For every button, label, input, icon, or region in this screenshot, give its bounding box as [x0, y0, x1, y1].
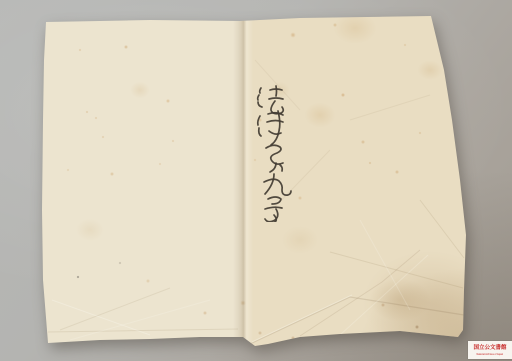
- document-paper: [0, 0, 512, 361]
- archives-watermark: 国立公文書館 National Archives of Japan: [468, 341, 512, 359]
- archival-photo: 国立公文書館 National Archives of Japan: [0, 0, 512, 361]
- calligraphy-title: [254, 80, 296, 222]
- archives-watermark-en: National Archives of Japan: [477, 352, 504, 355]
- paper-shadow-wrap: [0, 0, 512, 361]
- archives-watermark-jp: 国立公文書館: [473, 345, 506, 351]
- center-fold-crease: [233, 0, 253, 361]
